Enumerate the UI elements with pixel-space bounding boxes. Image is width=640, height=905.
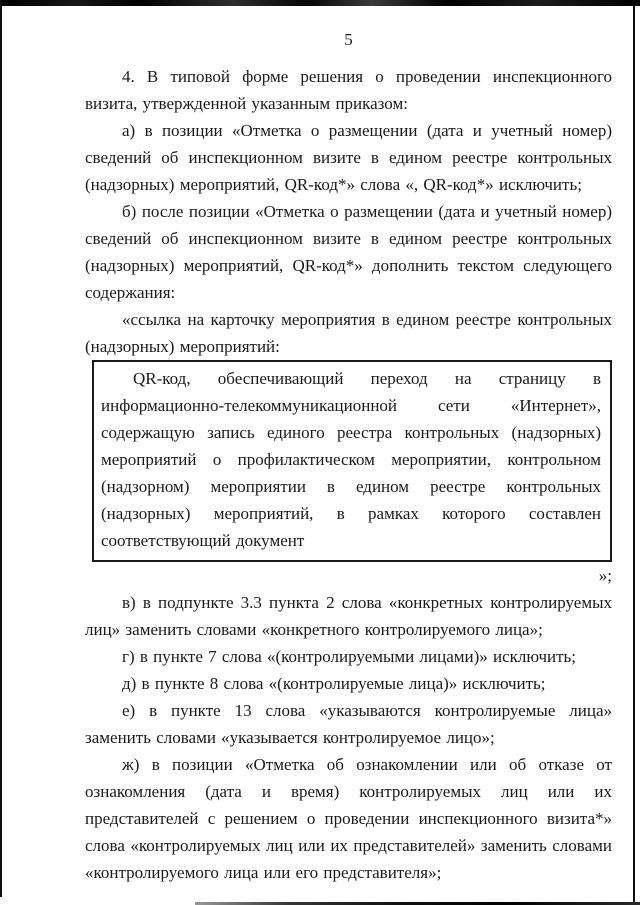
scan-artifact-top-edge	[0, 0, 640, 6]
paragraph-subitem-v: в) в подпункте 3.3 пункта 2 слова «конкр…	[85, 589, 612, 643]
paragraph-item-4: 4. В типовой форме решения о проведении …	[85, 63, 612, 117]
page-number: 5	[85, 30, 612, 50]
paragraph-subitem-a: а) в позиции «Отметка о размещении (дата…	[85, 117, 612, 198]
qr-code-description-box: QR-код, обеспечивающий переход на страни…	[92, 360, 612, 562]
paragraph-subitem-zh: ж) в позиции «Отметка об ознакомлении ил…	[85, 751, 612, 886]
paragraph-subitem-g: г) в пункте 7 слова «(контролируемыми ли…	[85, 643, 612, 670]
qr-box-text: QR-код, обеспечивающий переход на страни…	[101, 365, 601, 554]
paragraph-subitem-e: е) в пункте 13 слова «указываются контро…	[85, 697, 612, 751]
page-content: 5 4. В типовой форме решения о проведени…	[85, 30, 612, 886]
paragraph-quote-intro: «ссылка на карточку мероприятия в едином…	[85, 306, 612, 360]
scanned-document-page: 5 4. В типовой форме решения о проведени…	[0, 0, 640, 905]
scan-artifact-right-edge	[633, 4, 635, 905]
closing-quote: »;	[85, 562, 612, 589]
paragraph-subitem-b: б) после позиции «Отметка о размещении (…	[85, 198, 612, 306]
paragraph-subitem-d: д) в пункте 8 слова «(контролируемые лиц…	[85, 670, 612, 697]
scan-artifact-left-edge	[0, 0, 2, 897]
